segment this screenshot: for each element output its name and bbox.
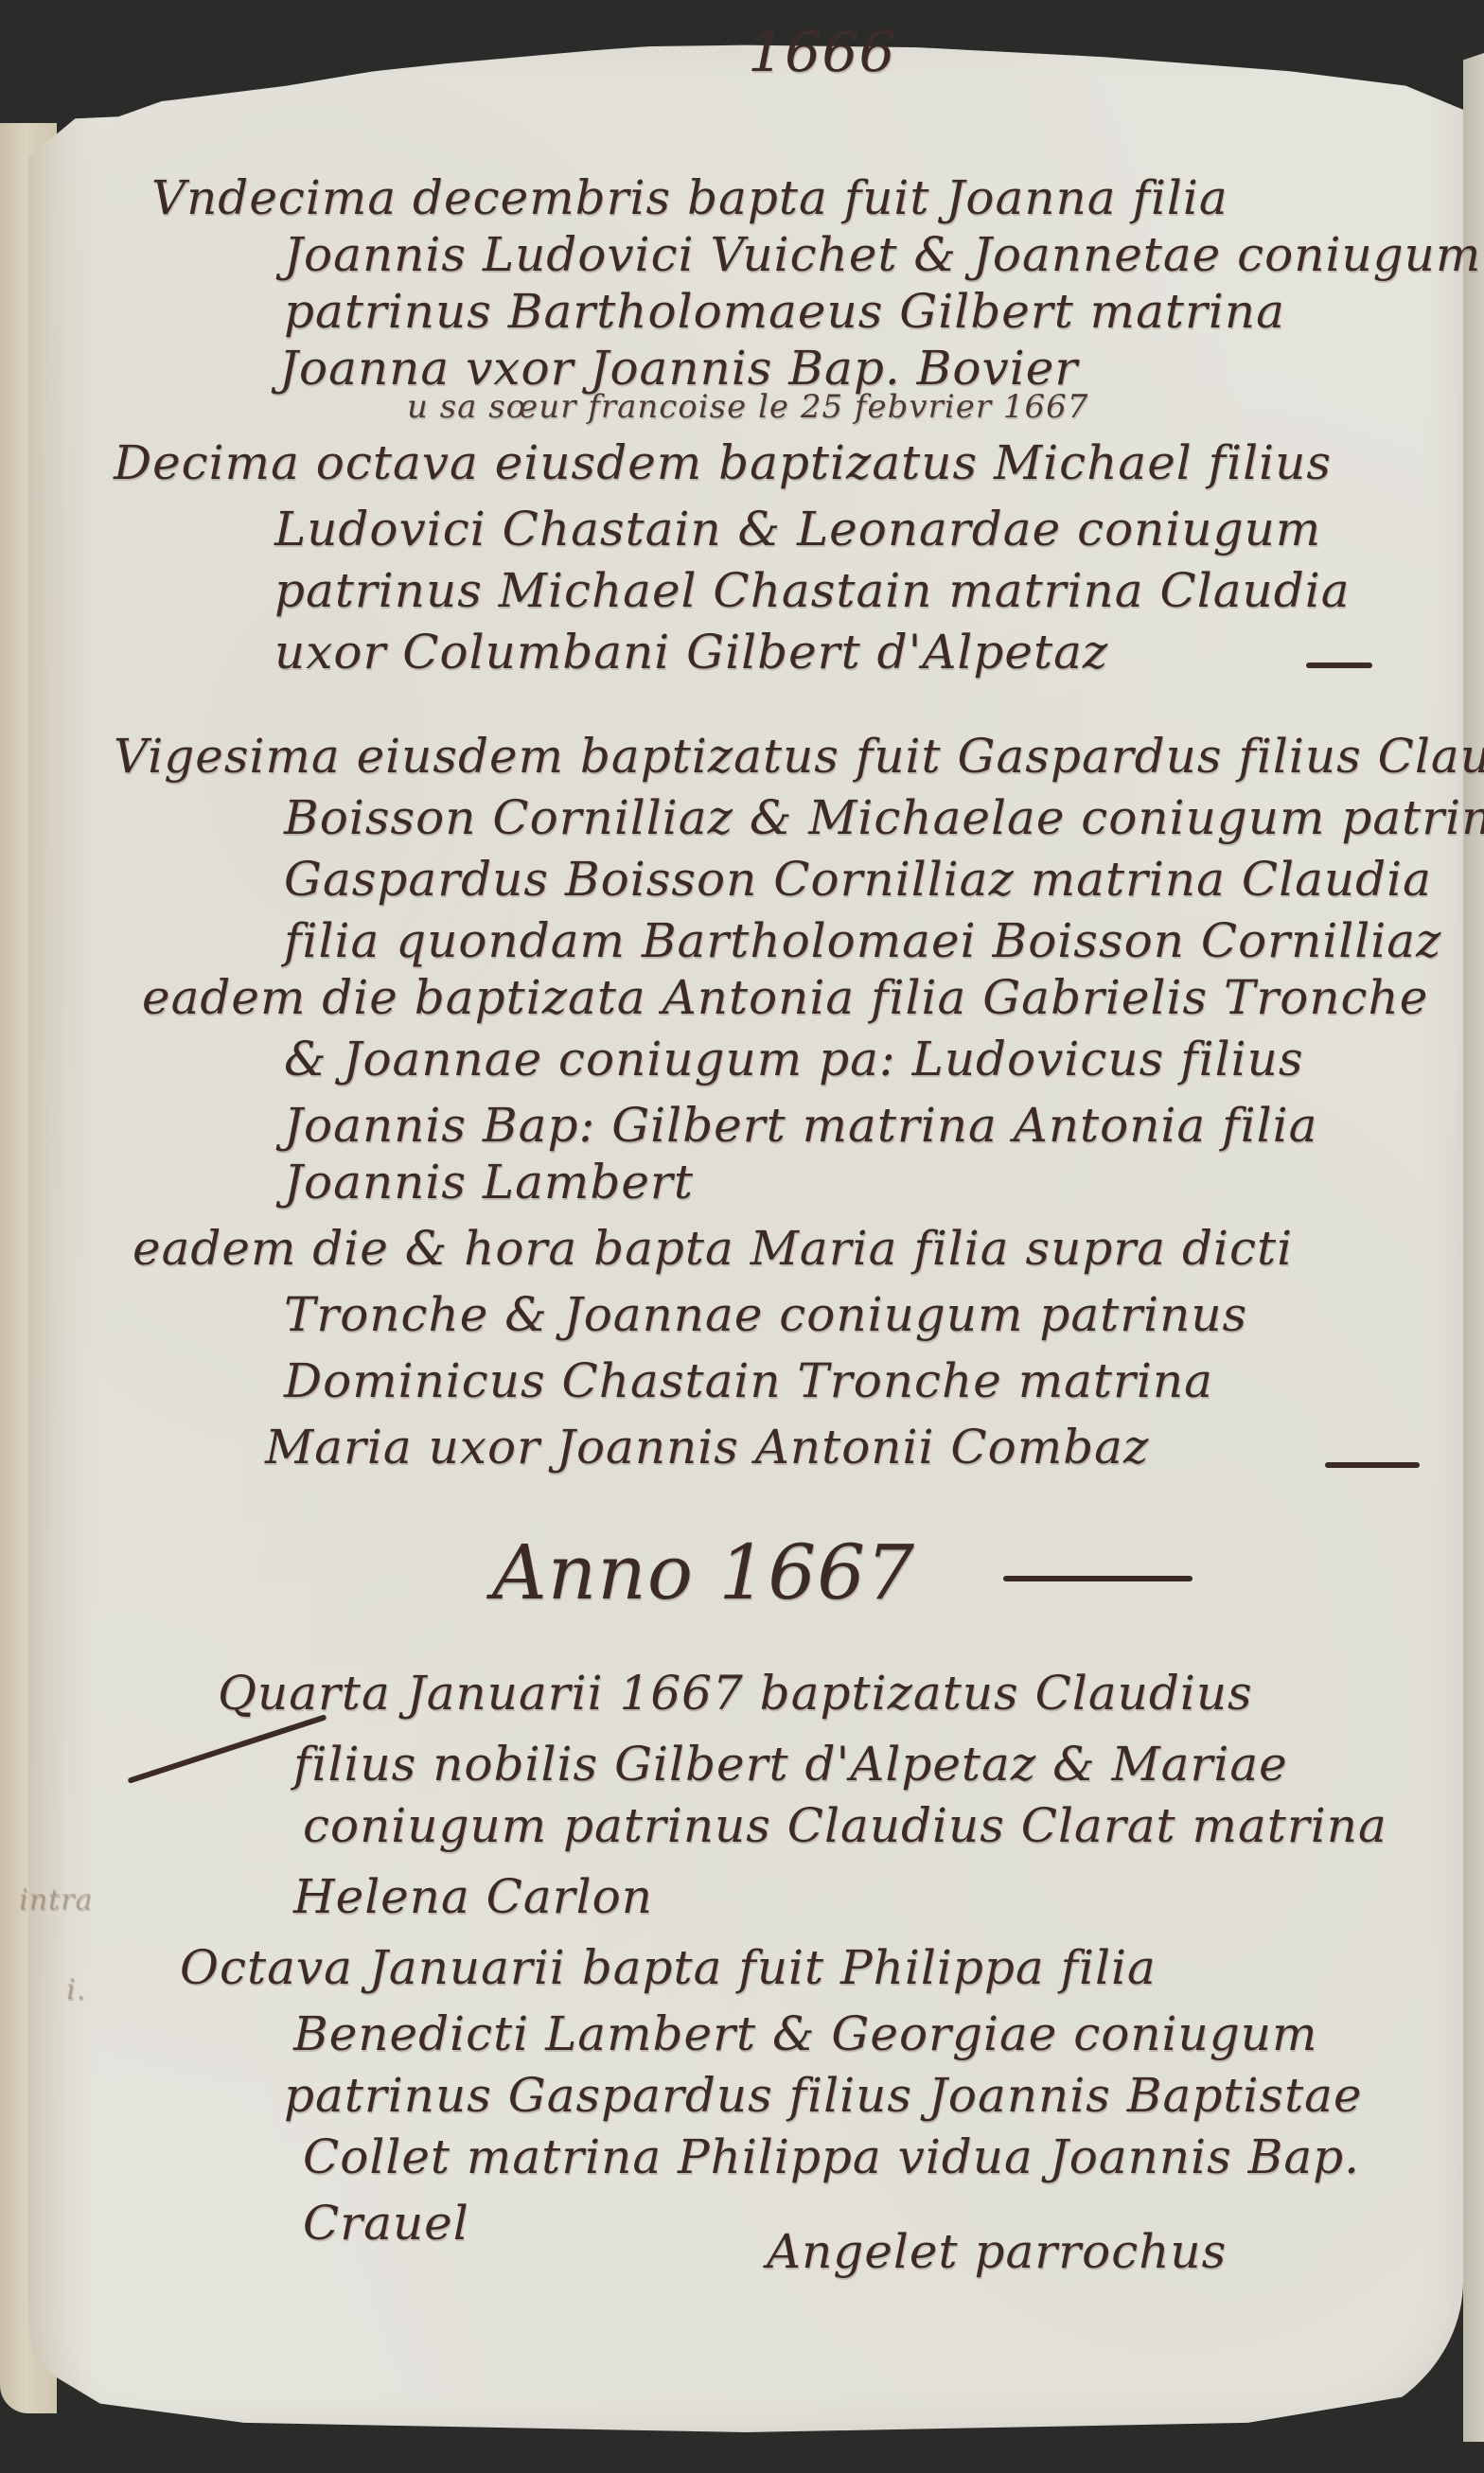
entry-5-line-4: Maria uxor Joannis Antonii Combaz	[265, 1420, 1149, 1475]
entry-5-line-3: Dominicus Chastain Tronche matrina	[284, 1353, 1213, 1408]
flourish-dash	[1306, 662, 1372, 668]
entry-4-line-2: & Joannae coniugum pa: Ludovicus filius	[284, 1032, 1303, 1086]
entry-2-line-3: patrinus Michael Chastain matrina Claudi…	[274, 563, 1351, 618]
entry-1667-2-line-2: Benedicti Lambert & Georgiae coniugum	[293, 2006, 1317, 2061]
entry-1667-2-line-5: Crauel	[303, 2196, 469, 2251]
scanned-page: 1666 Vndecima decembris bapta fuit Joann…	[0, 0, 1484, 2473]
flourish-dash	[1325, 1462, 1420, 1468]
entry-1-line-2: Joannis Ludovici Vuichet & Joannetae con…	[284, 227, 1481, 282]
entry-3-line-3: Gaspardus Boisson Cornilliaz matrina Cla…	[284, 852, 1432, 907]
entry-4-line-4: Joannis Lambert	[284, 1155, 694, 1210]
entry-2-line-1: Decima octava eiusdem baptizatus Michael…	[114, 435, 1332, 490]
entry-3-line-1: Vigesima eiusdem baptizatus fuit Gaspard…	[114, 729, 1484, 784]
entry-1667-2-line-3: patrinus Gaspardus filius Joannis Baptis…	[284, 2068, 1363, 2123]
entry-1667-1-line-1: Quarta Januarii 1667 baptizatus Claudius	[218, 1666, 1253, 1721]
section-heading-anno: Anno 1667	[492, 1528, 915, 1616]
entry-5-line-1: eadem die & hora bapta Maria filia supra…	[132, 1221, 1293, 1276]
entry-2-line-4: uxor Columbani Gilbert d'Alpetaz	[274, 625, 1108, 680]
entry-4-line-1: eadem die baptizata Antonia filia Gabrie…	[142, 970, 1428, 1025]
entry-1-line-3: patrinus Bartholomaeus Gilbert matrina	[284, 284, 1285, 339]
entry-1667-2-line-4: Collet matrina Philippa vidua Joannis Ba…	[303, 2129, 1360, 2184]
entry-1667-1-line-3: coniugum patrinus Claudius Clarat matrin…	[303, 1798, 1387, 1853]
entry-1-line-1: Vndecima decembris bapta fuit Joanna fil…	[151, 170, 1228, 225]
handwritten-text: 1666 Vndecima decembris bapta fuit Joann…	[0, 0, 1484, 2473]
entry-3-line-4: filia quondam Bartholomaei Boisson Corni…	[284, 913, 1441, 968]
entry-1-annotation: u sa sœur francoise le 25 febvrier 1667	[407, 388, 1088, 426]
margin-note: intra	[19, 1883, 93, 1917]
entry-2-line-2: Ludovici Chastain & Leonardae coniugum	[274, 502, 1321, 556]
entry-1667-1-line-4: Helena Carlon	[293, 1869, 653, 1924]
entry-3-line-2: Boisson Cornilliaz & Michaelae coniugum …	[284, 790, 1484, 845]
entry-1667-2-line-1: Octava Januarii bapta fuit Philippa fili…	[180, 1940, 1157, 1995]
entry-1667-1-line-2: filius nobilis Gilbert d'Alpetaz & Maria…	[293, 1737, 1288, 1792]
priest-signature: Angelet parrochus	[767, 2224, 1227, 2279]
margin-note: i.	[66, 1973, 86, 2006]
flourish-dash	[1003, 1576, 1192, 1581]
page-header-year: 1666	[748, 19, 896, 85]
entry-5-line-2: Tronche & Joannae coniugum patrinus	[284, 1287, 1247, 1342]
entry-4-line-3: Joannis Bap: Gilbert matrina Antonia fil…	[284, 1098, 1317, 1153]
